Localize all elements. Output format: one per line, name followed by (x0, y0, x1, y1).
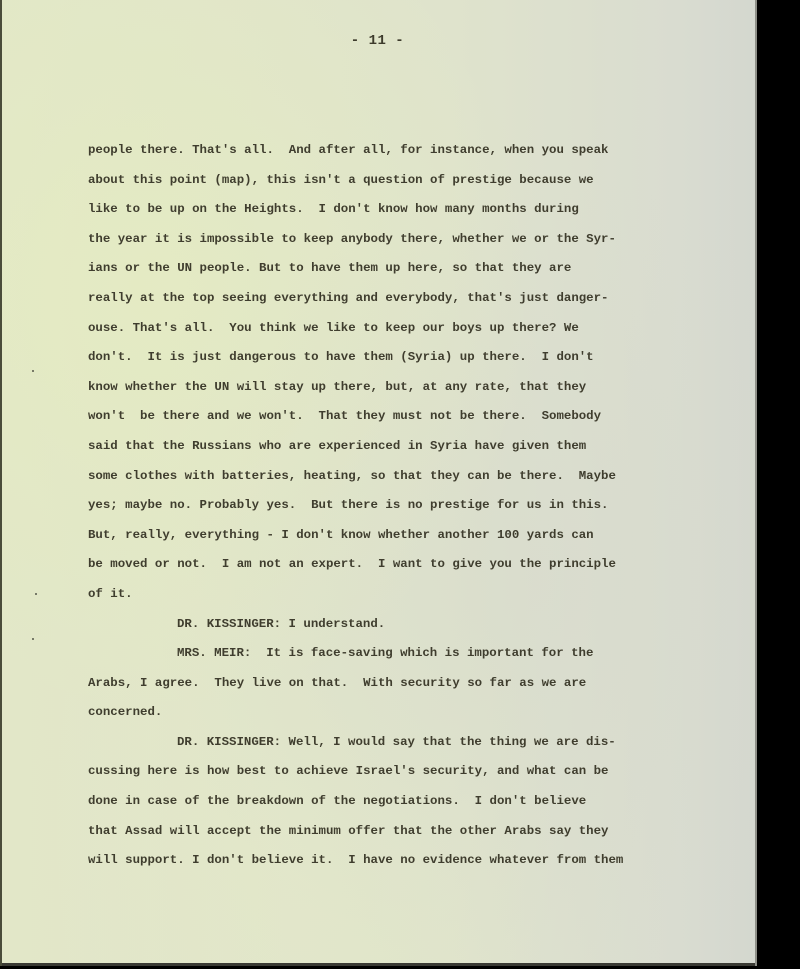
text-line: said that the Russians who are experienc… (88, 432, 728, 462)
text-line: that Assad will accept the minimum offer… (88, 817, 728, 847)
speaker-line-kissinger: DR. KISSINGER: Well, I would say that th… (88, 728, 728, 758)
page-number: - 11 - (0, 33, 755, 49)
text-line: ouse. That's all. You think we like to k… (88, 314, 728, 344)
text-line: be moved or not. I am not an expert. I w… (88, 550, 728, 580)
text-line: like to be up on the Heights. I don't kn… (88, 195, 728, 225)
document-page: - 11 - people there. That's all. And aft… (0, 0, 755, 966)
text-line: know whether the UN will stay up there, … (88, 373, 728, 403)
text-line: won't be there and we won't. That they m… (88, 402, 728, 432)
page-left-edge-shadow (0, 0, 2, 966)
text-line: of it. (88, 580, 728, 610)
speaker-line-meir: MRS. MEIR: It is face-saving which is im… (88, 639, 728, 669)
text-line: some clothes with batteries, heating, so… (88, 462, 728, 492)
text-line: about this point (map), this isn't a que… (88, 166, 728, 196)
text-line: people there. That's all. And after all,… (88, 136, 728, 166)
text-line: the year it is impossible to keep anybod… (88, 225, 728, 255)
transcript-body: people there. That's all. And after all,… (88, 136, 728, 876)
paper-speck (32, 638, 34, 640)
text-line: cussing here is how best to achieve Isra… (88, 757, 728, 787)
paper-speck (32, 370, 34, 372)
text-line: done in case of the breakdown of the neg… (88, 787, 728, 817)
text-line: really at the top seeing everything and … (88, 284, 728, 314)
text-line: concerned. (88, 698, 728, 728)
page-right-edge (755, 0, 757, 966)
text-line: don't. It is just dangerous to have them… (88, 343, 728, 373)
text-line: will support. I don't believe it. I have… (88, 846, 728, 876)
text-line: yes; maybe no. Probably yes. But there i… (88, 491, 728, 521)
text-line: Arabs, I agree. They live on that. With … (88, 669, 728, 699)
text-line: But, really, everything - I don't know w… (88, 521, 728, 551)
speaker-line-kissinger: DR. KISSINGER: I understand. (88, 610, 728, 640)
paper-speck (35, 593, 37, 595)
text-line: ians or the UN people. But to have them … (88, 254, 728, 284)
